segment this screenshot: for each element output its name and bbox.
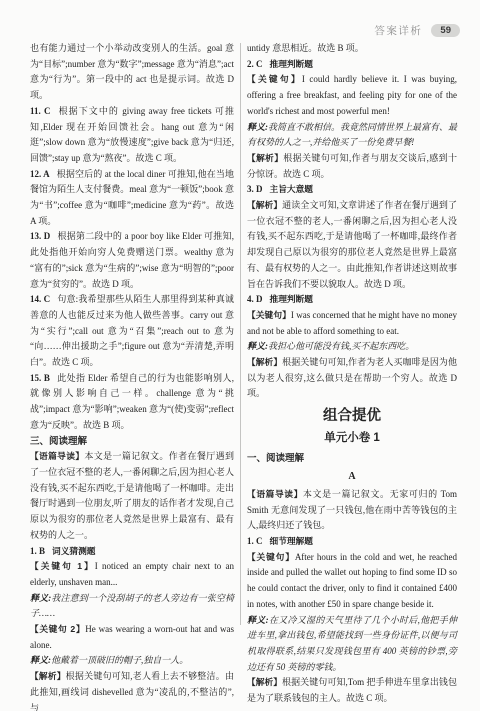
question-type: 细节理解题 [270,536,313,546]
answer-item-13: 13. D根据第二段中的 a poor boy like Elder 可推知,此… [30,229,234,292]
answer-number: 1. C [247,536,263,546]
translation-label: 释义: [30,593,51,603]
analysis-label: 【解析】 [247,153,283,163]
translation: 释义:在又冷又湿的天气里待了几个小时后,他把手伸进车里,拿出钱包,希望能找到一些… [247,613,457,676]
key-sentence-2: 【关键句 2】He was wearing a worn-out hat and… [30,622,234,653]
reading-guide: 【语篇导读】本文是一篇记叙文。无家可归的 Tom Smith 无意间发现了一只钱… [247,487,457,534]
key-sentence: 【关键句】I could hardly believe it. I was bu… [247,72,457,119]
continued-paragraph: untidy 意思相近。故选 B 项。 [247,41,457,57]
guide-label: 【语篇导读】 [30,451,84,461]
header-title: 答案详析 [374,23,422,38]
translation-2: 释义:他戴着一顶破旧的帽子,独自一人。 [30,653,234,669]
column-divider [240,43,241,625]
answer-item-4d: 4. D推理判断题 [247,292,457,308]
key-sentence-label: 【关键句】 [247,310,291,320]
question-type: 推理判断题 [270,294,313,304]
key-sentence-1: 【关键句 1】I noticed an empty chair next to … [30,559,234,590]
analysis-label: 【解析】 [30,671,66,681]
translation: 释义:我担心他可能没有钱,买不起东西吃。 [247,339,457,355]
right-column: untidy 意思相近。故选 B 项。 2. C推理判断题 【关键句】I cou… [247,41,457,671]
page-header: 答案详析 59 [374,23,460,38]
answer-number: 2. C [247,59,263,69]
combo-heading: 组合提优 [247,405,457,428]
answer-item-12: 12. A根据空后的 at the local diner 可推知,他在当地餐馆… [30,167,234,230]
translation: 释义:我简直不敢相信。我竟然同情世界上最富有、最有权势的人之一,并给他买了一份免… [247,120,457,151]
unit-subheading: 单元小卷 1 [247,428,457,448]
analysis-label: 【解析】 [247,677,282,687]
passage-a-label: A [247,468,457,486]
page-number-badge: 59 [431,24,460,37]
continued-paragraph: 也有能力通过一个小举动改变别人的生活。goal 意为“目标”;number 意为… [30,41,234,104]
translation-label: 释义: [247,341,268,351]
translation-label: 释义: [30,655,51,665]
analysis: 【解析】根据关键句可知,Tom 把手伸进车里拿出钱包是为了联系钱包的主人。故选 … [247,675,457,706]
guide-label: 【语篇导读】 [247,489,303,499]
question-type: 主旨大意题 [270,184,313,194]
key-sentence: 【关键句】After hours in the cold and wet, he… [247,550,457,613]
key-sentence-label: 【关键句 2】 [30,624,85,634]
analysis-1: 【解析】根据关键句可知,老人看上去不够整洁。由此推知,画线词 dishevell… [30,669,234,711]
translation-label: 释义: [247,122,268,132]
answer-number: 14. C [30,294,50,304]
answer-number: 4. D [247,294,263,304]
answer-number: 12. A [30,169,50,179]
answer-number: 1. B [30,546,45,556]
analysis: 【解析】根据关键句可知,作者为老人买咖啡是因为他以为老人很穷,这么做只是在帮助一… [247,355,457,402]
key-sentence-label: 【关键句】 [247,552,295,562]
question-type: 词义猜测题 [52,546,95,556]
section-heading-reading-1: 一、阅读理解 [247,451,457,467]
analysis: 【解析】通读全文可知,文章讲述了作者在餐厅遇到了一位衣冠不整的老人,一番闲聊之后… [247,198,457,292]
reading-guide: 【语篇导读】本文是一篇记叙文。作者在餐厅遇到了一位衣冠不整的老人,一番闲聊之后,… [30,449,234,543]
analysis-label: 【解析】 [247,200,282,210]
two-column-body: 也有能力通过一个小举动改变别人的生活。goal 意为“目标”;number 意为… [30,41,457,671]
left-column: 也有能力通过一个小举动改变别人的生活。goal 意为“目标”;number 意为… [30,41,234,671]
answer-item-15: 15. B此处指 Elder 希望自己的行为也能影响别人,就像别人影响自己一样。… [30,371,234,434]
key-sentence-label: 【关键句 1】 [30,561,95,571]
section-heading-reading-3: 三、阅读理解 [30,434,234,450]
answer-number: 15. B [30,373,50,383]
answer-item-14: 14. C句意:我希望那些从陌生人那里得到某种真诚善意的人也能反过来为他人做些善… [30,292,234,371]
key-sentence: 【关键句】I was concerned that he might have … [247,308,457,339]
analysis-label: 【解析】 [247,357,282,367]
key-sentence-label: 【关键句】 [247,74,302,84]
translation-label: 释义: [247,615,269,625]
analysis: 【解析】根据关键句可知,作者与朋友交谈后,感到十分惊讶。故选 C 项。 [247,151,457,182]
answer-item-1c: 1. C细节理解题 [247,534,457,550]
answer-item-11: 11. C根据下文中的 giving away free tickets 可推知… [30,104,234,167]
answer-number: 11. C [30,106,51,116]
answer-number: 13. D [30,231,50,241]
answer-key-page: 答案详析 59 也有能力通过一个小举动改变别人的生活。goal 意为“目标”;n… [0,0,480,711]
answer-item-3d: 3. D主旨大意题 [247,182,457,198]
translation-1: 释义:我注意到一个没刮胡子的老人旁边有一张空椅子…… [30,591,234,622]
answer-number: 3. D [247,184,263,194]
question-type: 推理判断题 [270,59,313,69]
answer-item-1b: 1. B词义猜测题 [30,544,234,560]
answer-item-2c: 2. C推理判断题 [247,57,457,73]
